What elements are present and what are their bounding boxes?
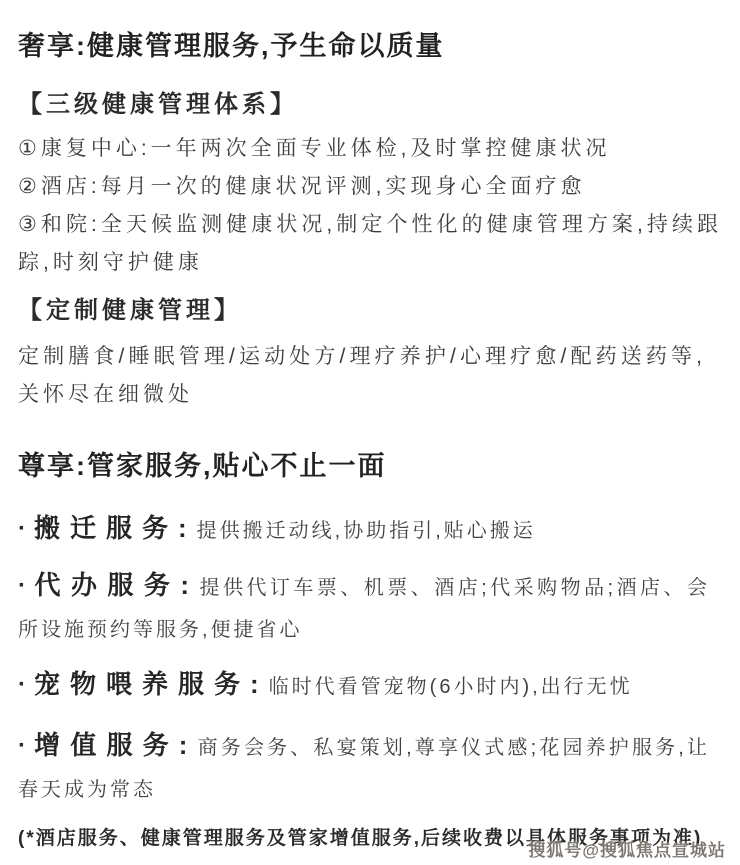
butler-item-moving-desc: 提供搬迁动线,协助指引,贴心搬运 xyxy=(197,520,536,542)
bullet-dot-icon: · xyxy=(18,572,34,599)
butler-item-pet-care-desc: 临时代看管宠物(6小时内),出行无忧 xyxy=(269,676,633,698)
butler-item-value-added: ·增值服务:商务会务、私宴策划,尊享仪式感;花园养护服务,让春天成为常态 xyxy=(18,725,710,812)
sohu-watermark: 搜狐号@搜狐焦点宣城站 xyxy=(528,836,726,861)
butler-item-errand: ·代办服务:提供代订车票、机票、酒店;代采购物品;酒店、会所设施预约等服务,便捷… xyxy=(18,565,710,652)
bullet-dot-icon: · xyxy=(18,515,34,542)
custom-health-body: 定制膳食/睡眠管理/运动处方/理疗养护/心理疗愈/配药送药等,关怀尽在细微处 xyxy=(18,338,706,414)
tier-item-hotel: ②酒店:每月一次的健康状况评测,实现身心全面疗愈 xyxy=(18,168,722,206)
tier-item-rehab-center: ①康复中心:一年两次全面专业体检,及时掌控健康状况 xyxy=(18,130,722,168)
tier-system-list: ①康复中心:一年两次全面专业体检,及时掌控健康状况 ②酒店:每月一次的健康状况评… xyxy=(18,130,722,282)
butler-section-title: 尊享:管家服务,贴心不止一面 xyxy=(18,450,722,482)
butler-item-pet-care-label: 宠物喂养服务: xyxy=(34,669,269,699)
tier-item-heyuan: ③和院:全天候监测健康状况,制定个性化的健康管理方案,持续跟踪,时刻守护健康 xyxy=(18,206,722,282)
tier-system-heading: 【三级健康管理体系】 xyxy=(18,90,722,120)
bullet-dot-icon: · xyxy=(18,671,34,698)
custom-health-heading: 【定制健康管理】 xyxy=(18,296,722,326)
butler-item-moving-label: 搬迁服务: xyxy=(34,513,197,543)
health-section-title: 奢享:健康管理服务,予生命以质量 xyxy=(18,30,722,62)
butler-item-value-added-label: 增值服务: xyxy=(34,730,197,760)
butler-item-pet-care: ·宠物喂养服务:临时代看管宠物(6小时内),出行无忧 xyxy=(18,664,710,709)
bullet-dot-icon: · xyxy=(18,732,34,759)
butler-item-errand-label: 代办服务: xyxy=(34,570,199,600)
butler-item-moving: ·搬迁服务:提供搬迁动线,协助指引,贴心搬运 xyxy=(18,508,710,553)
article-page: { "health_section": { "title": "奢享:健康管理服… xyxy=(0,0,740,865)
